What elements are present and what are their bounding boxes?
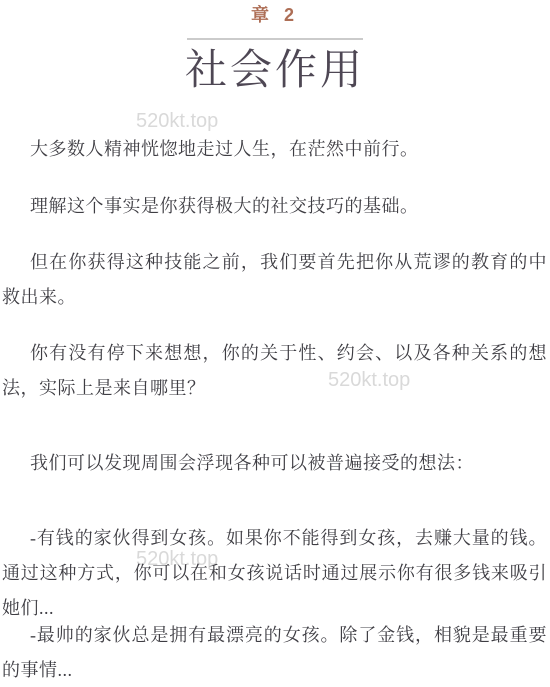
watermark: 520kt.top xyxy=(136,110,218,132)
body-paragraph-1: 大多数人精神恍惚地走过人生，在茫然中前行。 xyxy=(0,132,550,167)
body-paragraph-2: 理解这个事实是你获得极大的社交技巧的基础。 xyxy=(0,189,550,224)
document-page: 章 2 社会作用 520kt.top 520kt.top 520kt.top 大… xyxy=(0,0,550,687)
body-paragraph-4: 你有没有停下来想想，你的关于性、约会、以及各种关系的想法，实际上是来自哪里？ xyxy=(0,336,550,406)
body-paragraph-5: 我们可以发现周围会浮现各种可以被普遍接受的想法： xyxy=(0,446,550,481)
page-title: 社会作用 xyxy=(0,48,550,94)
chapter-divider xyxy=(187,38,363,40)
body-paragraph-6: -有钱的家伙得到女孩。如果你不能得到女孩，去赚大量的钱。通过这种方式，你可以在和… xyxy=(0,521,550,626)
body-paragraph-7: -最帅的家伙总是拥有最漂亮的女孩。除了金钱，相貌是最重要的事情... xyxy=(0,618,550,687)
chapter-label: 章 2 xyxy=(0,4,550,26)
body-paragraph-3: 但在你获得这种技能之前，我们要首先把你从荒谬的教育的中救出来。 xyxy=(0,245,550,315)
